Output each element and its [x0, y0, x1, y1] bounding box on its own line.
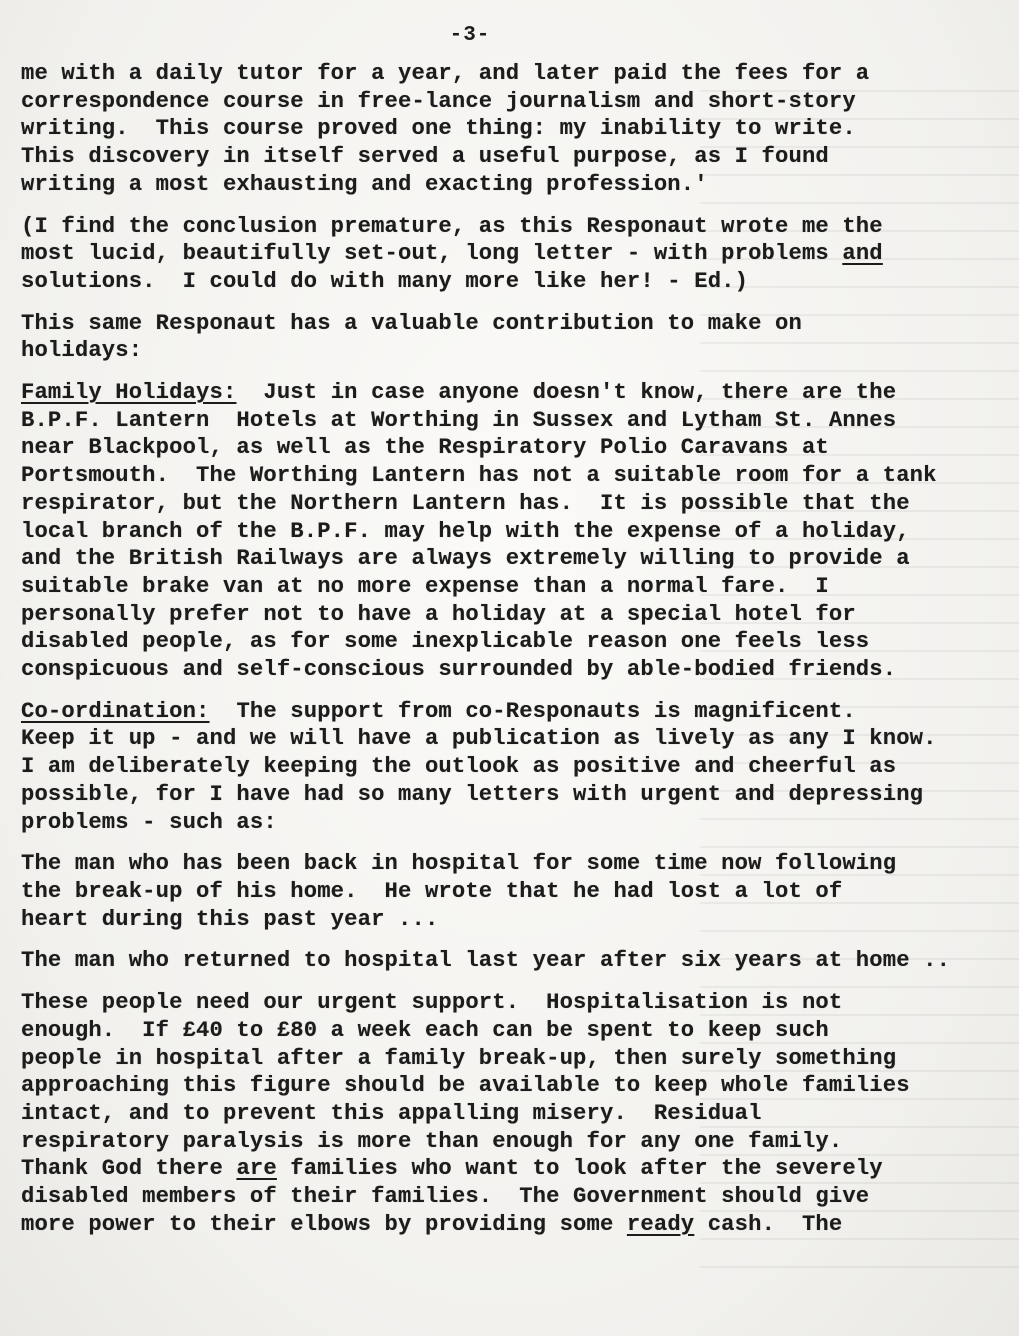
text-line: The man who returned to hospital last ye… [21, 947, 1011, 975]
text-line: and the British Railways are always extr… [21, 545, 1011, 573]
text-line: disabled members of their families. The … [21, 1183, 1011, 1211]
text-line: respirator, but the Northern Lantern has… [21, 490, 1011, 518]
text-line: (I find the conclusion premature, as thi… [21, 213, 1011, 241]
text-line: conspicuous and self-conscious surrounde… [21, 656, 1011, 684]
underlined-text: and [842, 241, 882, 266]
text-line: more power to their elbows by providing … [21, 1211, 1011, 1239]
paragraph-case-two: The man who returned to hospital last ye… [21, 947, 1011, 975]
text-line: The man who has been back in hospital fo… [21, 850, 1011, 878]
text-line: suitable brake van at no more expense th… [21, 573, 1011, 601]
text-line: enough. If £40 to £80 a week each can be… [21, 1017, 1011, 1045]
text-line: I am deliberately keeping the outlook as… [21, 753, 1011, 781]
text-line: problems - such as: [21, 809, 1011, 837]
page-number: -3- [0, 24, 940, 47]
text-line: me with a daily tutor for a year, and la… [21, 60, 1011, 88]
text-line: approaching this figure should be availa… [21, 1072, 1011, 1100]
text-line: writing a most exhausting and exacting p… [21, 171, 1011, 199]
text-line: These people need our urgent support. Ho… [21, 989, 1011, 1017]
text-line: holidays: [21, 337, 1011, 365]
text-line: This discovery in itself served a useful… [21, 143, 1011, 171]
text-line: Family Holidays: Just in case anyone doe… [21, 379, 1011, 407]
text-line: respiratory paralysis is more than enoug… [21, 1128, 1011, 1156]
text-line: Co-ordination: The support from co-Respo… [21, 698, 1011, 726]
text-line: possible, for I have had so many letters… [21, 781, 1011, 809]
text-line: heart during this past year ... [21, 906, 1011, 934]
paragraph-tutor-quote: me with a daily tutor for a year, and la… [21, 60, 1011, 199]
document-body: me with a daily tutor for a year, and la… [21, 60, 1011, 1252]
text-line: disabled people, as for some inexplicabl… [21, 628, 1011, 656]
text-line: intact, and to prevent this appalling mi… [21, 1100, 1011, 1128]
document-page: -3- me with a daily tutor for a year, an… [0, 0, 1019, 1336]
text-line: This same Responaut has a valuable contr… [21, 310, 1011, 338]
text-line: Thank God there are families who want to… [21, 1155, 1011, 1183]
paragraph-holidays-intro: This same Responaut has a valuable contr… [21, 310, 1011, 365]
text-line: Keep it up - and we will have a publicat… [21, 725, 1011, 753]
text-line: near Blackpool, as well as the Respirato… [21, 434, 1011, 462]
paragraph-case-one: The man who has been back in hospital fo… [21, 850, 1011, 933]
underlined-text: are [236, 1156, 276, 1181]
paragraph-family-holidays: Family Holidays: Just in case anyone doe… [21, 379, 1011, 684]
underlined-text: Family Holidays: [21, 380, 236, 405]
text-line: most lucid, beautifully set-out, long le… [21, 240, 1011, 268]
text-line: writing. This course proved one thing: m… [21, 115, 1011, 143]
paragraph-editor-note: (I find the conclusion premature, as thi… [21, 213, 1011, 296]
text-line: the break-up of his home. He wrote that … [21, 878, 1011, 906]
paragraph-co-ordination: Co-ordination: The support from co-Respo… [21, 698, 1011, 837]
paragraph-urgent-support: These people need our urgent support. Ho… [21, 989, 1011, 1238]
underlined-text: Co-ordination: [21, 699, 210, 724]
text-line: local branch of the B.P.F. may help with… [21, 518, 1011, 546]
text-line: B.P.F. Lantern Hotels at Worthing in Sus… [21, 407, 1011, 435]
underlined-text: ready [627, 1212, 694, 1237]
text-line: people in hospital after a family break-… [21, 1045, 1011, 1073]
text-line: Portsmouth. The Worthing Lantern has not… [21, 462, 1011, 490]
text-line: personally prefer not to have a holiday … [21, 601, 1011, 629]
text-line: solutions. I could do with many more lik… [21, 268, 1011, 296]
text-line: correspondence course in free-lance jour… [21, 88, 1011, 116]
